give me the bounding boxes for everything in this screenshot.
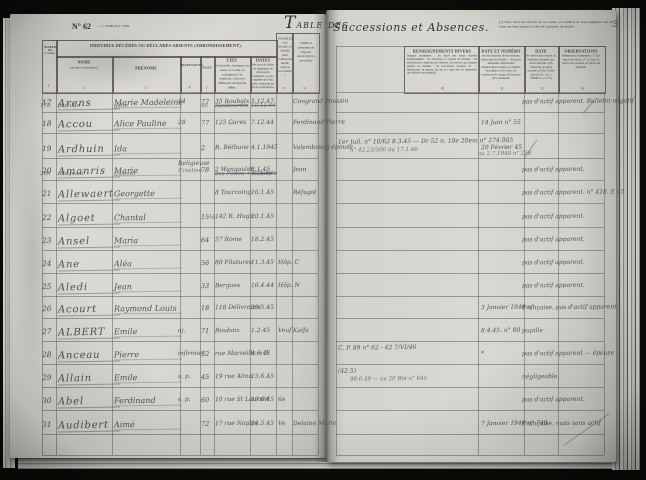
cell-obs: pas d'actif apparent. — [522, 236, 602, 244]
cell-obs: pas d'actif apparent. — [522, 166, 602, 174]
col-number: 1 — [48, 84, 50, 88]
cell-prof: aj. — [178, 327, 200, 334]
cell-age: 78 — [201, 166, 214, 174]
cell-lieu: 125 Gares — [215, 119, 251, 126]
cell-age: 60 — [201, 396, 214, 404]
cell-pren: Pierre — [114, 350, 182, 361]
cell-lieu: 142 R. Hugo — [215, 213, 251, 220]
cell-pren: Raymond Louis — [114, 304, 182, 315]
cell-age: 72 — [201, 420, 214, 428]
cell-date: 11.3.45 — [251, 259, 278, 266]
col-number: 9 — [304, 87, 306, 91]
row-rule — [336, 296, 604, 297]
cell-name: Acourt — [58, 304, 120, 317]
col-number: 10 — [440, 87, 444, 91]
col-header-observations: OBSERVATIONSMentionner notamment : 1° Le… — [559, 49, 603, 70]
col-header-professions: PROFESSIONS — [180, 64, 200, 67]
cell-pren: Jean — [114, 282, 182, 293]
table-top-rule — [336, 46, 404, 47]
cell-sub-date: 10.11.44 — [251, 103, 278, 109]
cell-prof: s. p. — [178, 373, 200, 380]
cell-lieu: rue Marseille + 9 — [215, 350, 251, 357]
cell-epoux: Réfugié — [293, 189, 325, 196]
row-rule — [336, 273, 604, 274]
cell-sub-num: 17b — [40, 103, 54, 109]
cell-age: 18 — [201, 304, 214, 312]
cell-name: Audibert — [58, 420, 120, 433]
cell-name: Anceau — [58, 350, 120, 363]
row-rule — [336, 318, 604, 319]
cell-lieu: 57 Rome — [215, 236, 251, 243]
form-number-stamp: N° 62 — [72, 22, 91, 31]
cell-num: 28 — [42, 350, 57, 359]
cell-ind: Hôp. C — [278, 259, 293, 266]
cell-sub-pren: Eustate — [114, 171, 174, 178]
cell-datenum: * — [481, 350, 525, 357]
cell-age: 77 — [201, 119, 214, 127]
cell-num: 30 — [42, 396, 57, 405]
column-rule — [604, 92, 605, 455]
row-rule — [336, 455, 604, 456]
col-number: 12 — [540, 87, 544, 91]
cell-num: 25 — [42, 282, 57, 291]
cell-ind: 6e — [278, 396, 293, 403]
cell-date: 4.6.45 — [251, 350, 278, 357]
col-header-prenoms: PRÉNOMS — [112, 66, 180, 71]
cell-name: Ane — [58, 259, 120, 272]
cell-obs: pas d'actif apparent. — [522, 213, 602, 221]
cell-date: 7.12.44 — [251, 119, 278, 126]
cell-age: 15½ — [201, 213, 214, 221]
cell-datenum: 3 Janvier 1946 n° — [481, 304, 525, 311]
cell-name: Allain — [58, 373, 120, 386]
cell-date: 1.2.45 — [251, 327, 278, 334]
cell-age: 64 — [201, 236, 214, 244]
cell-age: 52 — [201, 350, 214, 358]
cell-datenum: 14 Juin n° 55 — [481, 119, 525, 126]
cell-date: 13.6.45 — [251, 373, 278, 380]
cell-name: Ardhuin — [58, 144, 120, 157]
cell-ind: Veuf — [278, 327, 293, 334]
cell-obs: pas d'actif apparent. — [522, 396, 602, 404]
cell-name: Abel — [58, 396, 120, 409]
cell-date: 19.6.45 — [251, 396, 278, 403]
col-number: 3 — [145, 86, 147, 90]
cell-obs: pas d'actif apparent. n° 418. E 45 — [522, 189, 602, 197]
cell-name: Accou — [58, 119, 120, 132]
col-header-date-envoi: DATEde l'envoi des extraits ou bulletins… — [525, 49, 557, 81]
cell-prof: 54 — [178, 98, 200, 105]
cell-pren: Aimé — [114, 420, 182, 431]
cell-num: 29 — [42, 373, 57, 382]
row-rule — [336, 250, 604, 251]
register-photo: N° 62 — J. 12596-Nov. 1939. Table des Su… — [0, 0, 646, 480]
cell-datenum2: au 2.7.1948 n° 258 — [478, 151, 526, 158]
col-header-span: INDIVIDUS DÉCÉDÉS OU DÉCLARÉS ABSENTS (A… — [56, 43, 276, 48]
row-rule — [336, 112, 604, 113]
col-header-epoux: NOM et prénoms de l'époux survivant (si … — [293, 40, 319, 63]
cell-num: 23 — [42, 236, 57, 245]
cell-pren: Alice Pauline — [114, 119, 182, 130]
header-box-prenoms — [112, 56, 182, 94]
cell-name: Aledi — [58, 282, 120, 295]
cell-rens: (42.5) — [338, 366, 478, 374]
row-rule — [336, 158, 604, 159]
cell-epoux: Valembourg épouse — [293, 144, 325, 151]
cell-name: Ansel — [58, 236, 120, 249]
col-header-lieu: LIEUoù décédés. Indiquer, en outre, si c… — [214, 58, 250, 90]
cell-num: 22 — [42, 213, 57, 222]
cell-pren: Chantal — [114, 213, 182, 224]
cell-rens: 1er Juil. n° 10/62 8.3.45 — Dr 52 n. 10e… — [338, 137, 478, 145]
col-header-numeros: NUMÉROS d'ordre — [43, 46, 57, 55]
row-rule — [336, 180, 604, 181]
col-header-dates: DATESdes actes de décès ou jugements de … — [250, 58, 276, 90]
cell-name: Algoet — [58, 213, 120, 226]
row-rule — [42, 455, 318, 456]
cell-sub-pren: gelin — [114, 103, 174, 110]
cell-obs: négligeable. — [522, 373, 602, 381]
cell-num: 18 — [42, 119, 57, 128]
cell-date: 24.5.45 — [251, 420, 278, 427]
row-rule — [336, 92, 604, 93]
cell-epoux: Ferdinand Pierre — [293, 119, 325, 126]
cell-age: 2 — [201, 144, 214, 152]
cell-pren: Emile — [114, 327, 182, 338]
cell-age: 71 — [201, 327, 214, 335]
cell-lieu: 17 rue Naples — [215, 420, 251, 427]
col-header-indiquer: INDIQUER si le décédé ou l'absent était … — [277, 36, 293, 78]
cell-obs: pupille — [522, 327, 602, 335]
col-header-renseignements: RENSEIGNEMENTS DIVERSIndiquer notamment … — [406, 49, 478, 75]
form-reference: — J. 12596-Nov. 1939. — [97, 24, 197, 28]
cell-num: 24 — [42, 259, 57, 268]
cell-epoux: Kalfa — [293, 327, 325, 334]
nota-text: (1) Nota. Pour les articles de ces table… — [498, 19, 616, 29]
cell-num: 31 — [42, 420, 57, 429]
cell-rens2: n° 42.23/506 du 17.1.46. — [350, 146, 470, 153]
col-number: 7 — [262, 86, 264, 90]
cell-obs: Française. pas d'actif apparent. — [522, 304, 602, 312]
cell-date: 20.1.45 — [251, 213, 278, 220]
cell-lieu: Bergues — [215, 282, 251, 289]
cell-age: 56 — [201, 259, 214, 267]
row-rule — [336, 133, 604, 134]
cell-lieu: 19 rue Alma — [215, 373, 251, 380]
row-rule — [336, 364, 604, 365]
cell-sub-num: 20b — [40, 171, 54, 177]
col-header-ages: ÂGES — [200, 66, 214, 70]
col-number: 4 — [189, 86, 191, 90]
table-title-right: Successions et Absences. — [333, 21, 489, 34]
cell-num: 26 — [42, 304, 57, 313]
cell-pren: Emile — [114, 373, 182, 384]
col-number: 11 — [500, 87, 503, 91]
cell-age: 45 — [201, 373, 214, 381]
cell-date: 29.5.45 — [251, 304, 278, 311]
cell-prof2: Ursuline — [178, 168, 200, 174]
cell-lieu: 8 Tourcoing — [215, 189, 251, 196]
cell-rens2: 98.6.49 — ou 20 Bté n° 645 — [350, 375, 470, 382]
cell-lieu: Roubaix — [215, 327, 251, 334]
col-header-date-numero: DATE ET NUMÉROdes déclarations de succes… — [479, 49, 523, 81]
cell-name: Allewaert — [58, 189, 120, 202]
cell-prof: s. p. — [178, 396, 200, 403]
cell-lieu: 10 rue St Laurent — [215, 396, 251, 403]
cell-sub-date: 15.1.45 — [251, 171, 278, 177]
cell-sub-name: bechion — [58, 103, 106, 110]
cell-date: 18.2.45 — [251, 236, 278, 243]
cell-sub-name: allegeant — [58, 171, 106, 178]
cell-prof: infirmier — [178, 350, 200, 357]
cell-datenum: 7 Janvier 1946 n° 748 — [481, 420, 525, 427]
cell-prof: Religieuse — [178, 160, 200, 167]
col-number: 8 — [283, 87, 285, 91]
page-edge-stack-right — [612, 8, 640, 470]
cell-obs: pas d'actif apparent. — [522, 282, 602, 290]
cell-pren: Maria — [114, 236, 182, 247]
col-number: 13 — [580, 87, 584, 91]
row-rule — [336, 203, 604, 204]
cell-pren: Ferdinand — [114, 396, 182, 407]
cell-name: ALBERT — [58, 327, 120, 340]
cell-rens: C. P. 89 n° 62 - 42 7/VI/46 — [338, 343, 478, 351]
cell-datenum: 8.4.45. n° 80 — [481, 327, 525, 334]
header-box-professions — [180, 56, 202, 94]
column-rule — [478, 92, 479, 455]
page-number: 3 — [612, 20, 618, 30]
cell-date: 16.1.45 — [251, 189, 278, 196]
cell-num: 19 — [42, 144, 57, 153]
cell-pren: Aléa — [114, 259, 182, 270]
col-number: 5 — [206, 86, 208, 90]
cell-lieu: R. Béthune — [215, 144, 251, 151]
cell-num: 21 — [42, 189, 57, 198]
cell-lieu: 80 Filatures — [215, 259, 251, 266]
cell-lieu: 118 Délivrance — [215, 304, 251, 311]
cell-date: 4.1.1945 — [251, 144, 278, 151]
cell-age: 33 — [201, 282, 214, 290]
cell-epoux: Delaine Marie — [293, 420, 325, 427]
column-rule — [336, 46, 337, 92]
cell-obs: pas d'actif apparent. — [522, 259, 602, 267]
row-rule — [336, 387, 604, 388]
cell-sub-age: 46 — [201, 103, 214, 109]
col-number: 6 — [231, 86, 233, 90]
col-header-noms: NOMS(en gros caractères) — [56, 60, 112, 70]
row-rule — [336, 410, 604, 411]
cell-obs: pas d'actif apparent — épouse — [522, 350, 602, 358]
cell-ind: Hôp. N — [278, 282, 293, 289]
cell-pren: Georgette — [114, 189, 182, 200]
cell-epoux: Congrand Poussin — [293, 98, 325, 105]
cell-date: 16.4.44 — [251, 282, 278, 289]
row-rule — [336, 341, 604, 342]
col-number: 2 — [83, 86, 85, 90]
cell-num: 27 — [42, 327, 57, 336]
cell-ind: Ve — [278, 420, 293, 427]
row-rule — [336, 434, 604, 435]
cell-pren: Ida — [114, 144, 182, 155]
row-rule — [336, 227, 604, 228]
cell-prof: 28 — [178, 119, 200, 126]
cell-epoux: Jean — [293, 166, 325, 173]
